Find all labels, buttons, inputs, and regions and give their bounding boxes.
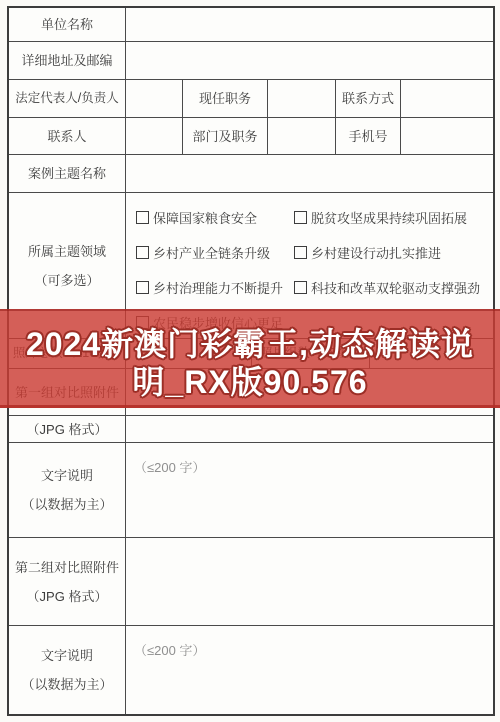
case-title-label: 案例主题名称 (9, 155, 126, 192)
theme-option[interactable]: 保障国家粮食安全 (136, 208, 294, 227)
text2-input-cell[interactable]: （≤200 字） (126, 626, 493, 714)
text1-label-sub: （以数据为主） (21, 496, 112, 513)
contact-person-input-cell[interactable] (126, 118, 183, 154)
text1-label: 文字说明 （以数据为主） (9, 443, 126, 537)
mobile-input-cell[interactable] (401, 118, 493, 154)
theme-area-label-sub: （可多选） (34, 272, 99, 289)
contact-method-input-cell[interactable] (401, 80, 493, 117)
row-case-title: 案例主题名称 (9, 155, 493, 193)
theme-option-label: 脱贫攻坚成果持续巩固拓展 (311, 208, 467, 227)
theme-option[interactable]: 乡村产业全链条升级 (136, 243, 294, 262)
theme-option[interactable]: 脱贫攻坚成果持续巩固拓展 (294, 208, 467, 227)
text1-label-main: 文字说明 (41, 467, 93, 484)
checkbox-icon[interactable] (136, 246, 149, 259)
theme-option-label: 保障国家粮食安全 (153, 208, 257, 227)
text2-label-sub: （以数据为主） (21, 676, 112, 693)
current-position-input-cell[interactable] (268, 80, 336, 117)
theme-option-label: 乡村产业全链条升级 (153, 243, 270, 262)
theme-option[interactable]: 乡村治理能力不断提升 (136, 278, 294, 297)
text1-limit-hint: （≤200 字） (134, 457, 205, 476)
legal-rep-input-cell[interactable] (126, 80, 183, 117)
theme-options-line-2: 乡村产业全链条升级 乡村建设行动扎实推进 (136, 242, 441, 263)
row-text-description-1: 文字说明 （以数据为主） （≤200 字） (9, 443, 493, 538)
theme-area-label-main: 所属主题领域 (28, 243, 106, 260)
row-contact-person: 联系人 部门及职务 手机号 (9, 118, 493, 155)
row-unit-name: 单位名称 (9, 8, 493, 42)
watermark-banner-text: 2024新澳门彩霸王,动态解读说 明_RX版90.576 (0, 325, 500, 401)
theme-options-line-1: 保障国家粮食安全 脱贫攻坚成果持续巩固拓展 (136, 207, 467, 228)
row-group2-attachment: 第二组对比照附件 （JPG 格式） (9, 538, 493, 626)
group2-attachment-cell[interactable] (126, 538, 493, 625)
row-legal-rep: 法定代表人/负责人 现任职务 联系方式 (9, 80, 493, 118)
text2-label: 文字说明 （以数据为主） (9, 626, 126, 714)
theme-option[interactable]: 乡村建设行动扎实推进 (294, 243, 441, 262)
checkbox-icon[interactable] (136, 281, 149, 294)
group1-format-label: （JPG 格式） (9, 416, 126, 442)
group2-label-main: 第二组对比照附件 (15, 559, 119, 576)
theme-option-label: 科技和改革双轮驱动支撑强劲 (311, 278, 480, 297)
row-address: 详细地址及邮编 (9, 42, 493, 80)
group2-format-label: （JPG 格式） (27, 588, 108, 605)
checkbox-icon[interactable] (294, 281, 307, 294)
department-label: 部门及职务 (183, 118, 268, 154)
unit-name-input-cell[interactable] (126, 8, 493, 41)
unit-name-label: 单位名称 (9, 8, 126, 41)
department-input-cell[interactable] (268, 118, 336, 154)
current-position-label: 现任职务 (183, 80, 268, 117)
watermark-banner-line2: 明_RX版90.576 (132, 364, 367, 400)
group2-label: 第二组对比照附件 （JPG 格式） (9, 538, 126, 625)
text2-limit-hint: （≤200 字） (134, 640, 205, 659)
row-text-description-2: 文字说明 （以数据为主） （≤200 字） (9, 626, 493, 714)
checkbox-icon[interactable] (294, 246, 307, 259)
contact-person-label: 联系人 (9, 118, 126, 154)
legal-rep-label: 法定代表人/负责人 (9, 80, 126, 117)
row-group1-format: （JPG 格式） (9, 416, 493, 443)
theme-option[interactable]: 科技和改革双轮驱动支撑强劲 (294, 278, 480, 297)
text1-input-cell[interactable]: （≤200 字） (126, 443, 493, 537)
address-input-cell[interactable] (126, 42, 493, 79)
theme-option-label: 乡村建设行动扎实推进 (311, 243, 441, 262)
group1-format-cell[interactable] (126, 416, 493, 442)
checkbox-icon[interactable] (294, 211, 307, 224)
theme-options-line-3: 乡村治理能力不断提升 科技和改革双轮驱动支撑强劲 (136, 277, 480, 298)
watermark-banner-line1: 2024新澳门彩霸王,动态解读说 (26, 326, 474, 362)
theme-option-label: 乡村治理能力不断提升 (153, 278, 283, 297)
contact-method-label: 联系方式 (336, 80, 401, 117)
checkbox-icon[interactable] (136, 211, 149, 224)
address-label: 详细地址及邮编 (9, 42, 126, 79)
mobile-label: 手机号 (336, 118, 401, 154)
case-title-input-cell[interactable] (126, 155, 493, 192)
text2-label-main: 文字说明 (41, 647, 93, 664)
